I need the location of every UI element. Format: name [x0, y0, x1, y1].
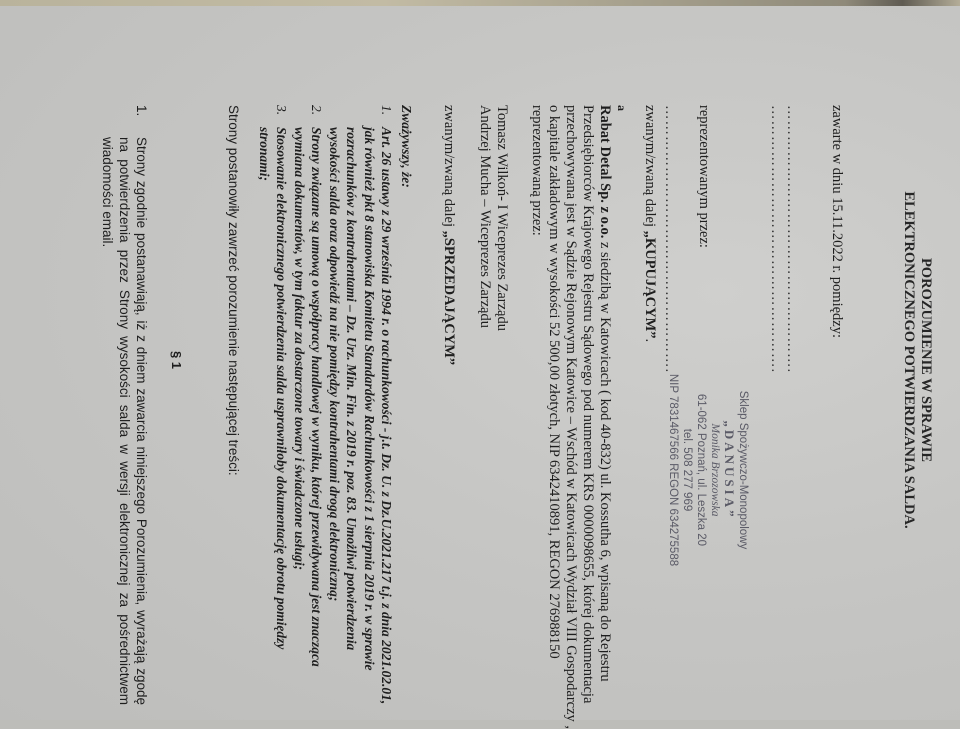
recital-item: 3. Stosowanie elektronicznego potwierdze… [256, 105, 291, 705]
company-name: Rabat Detal Sp. z o.o. [597, 105, 613, 238]
party-name-blank-1: ……………………………………………. [783, 105, 800, 373]
seller-company-block: Rabat Detal Sp. z o.o. z siedzibą w Kato… [528, 105, 613, 705]
seller-term: „SPRZEDAJĄCYM” [441, 231, 457, 366]
stamp-phone: tel. 508 277 969 [680, 355, 694, 585]
representative-2: Andrzej Mucha – Wiceprezes Zarządu [476, 105, 493, 328]
document-title: POROZUMIENIE W SPRAWIE ELEKTRONICZNEGO P… [900, 10, 934, 710]
section-1: 1. Strony zgodnie postanawiają, iż z dni… [99, 105, 150, 705]
recitals-heading: Zważywszy, że: [398, 105, 416, 705]
recitals-section: Zważywszy, że: 1. Art. 26 ustawy z 29 wr… [256, 105, 416, 705]
company-stamp: Sklep Spożywczo-Monopolowy „DANUSIA” Mon… [666, 355, 750, 585]
recital-item: 2. Strony związane są umową o współpracy… [291, 105, 326, 705]
stamp-shop-name: „DANUSIA” [722, 355, 736, 585]
party-name-blank-2: ……………………………………………. [767, 105, 784, 373]
seller-designation: zwanym/zwaną dalej „SPRZEDAJĄCYM” [440, 105, 457, 365]
concluded-on-text: zawarte w dniu 15.11.2022 r. pomiędzy: [828, 105, 845, 338]
agreement-intro: Strony postanowiły zawrzeć porozumienie … [225, 105, 242, 476]
recital-item: 1. Art. 26 ustawy z 29 września 1994 r. … [326, 105, 396, 705]
rotated-document-page: POROZUMIENIE W SPRAWIE ELEKTRONICZNEGO P… [30, 10, 960, 710]
buyer-designation: zwanym/zwaną dalej „KUPUJĄCYM”. [641, 105, 658, 342]
represented-by-label: reprezentowanym przez: [695, 105, 712, 248]
representative-1: Tomasz Wilkoń- I Wiceprezes Zarządu [493, 105, 510, 331]
stamp-owner: Monika Brzozowska [708, 355, 722, 585]
stamp-address: 61-062 Poznań, ul. Leszka 20 [694, 355, 708, 585]
section-1-heading: § 1 [168, 10, 185, 710]
stamp-ids: NIP 7831467566 REGON 634275588 [666, 355, 680, 585]
section-1-item: 1. Strony zgodnie postanawiają, iż z dni… [99, 105, 150, 705]
representative-blank: ……………………………………………. [661, 105, 678, 373]
buyer-term: „KUPUJĄCYM” [642, 231, 658, 339]
title-line-1: POROZUMIENIE W SPRAWIE [917, 10, 934, 710]
title-line-2: ELEKTRONICZNEGO POTWIERDZANIA SALDA. [900, 10, 917, 710]
stamp-shop-type: Sklep Spożywczo-Monopolowy [736, 355, 750, 585]
conjunction-a: a [613, 105, 630, 111]
